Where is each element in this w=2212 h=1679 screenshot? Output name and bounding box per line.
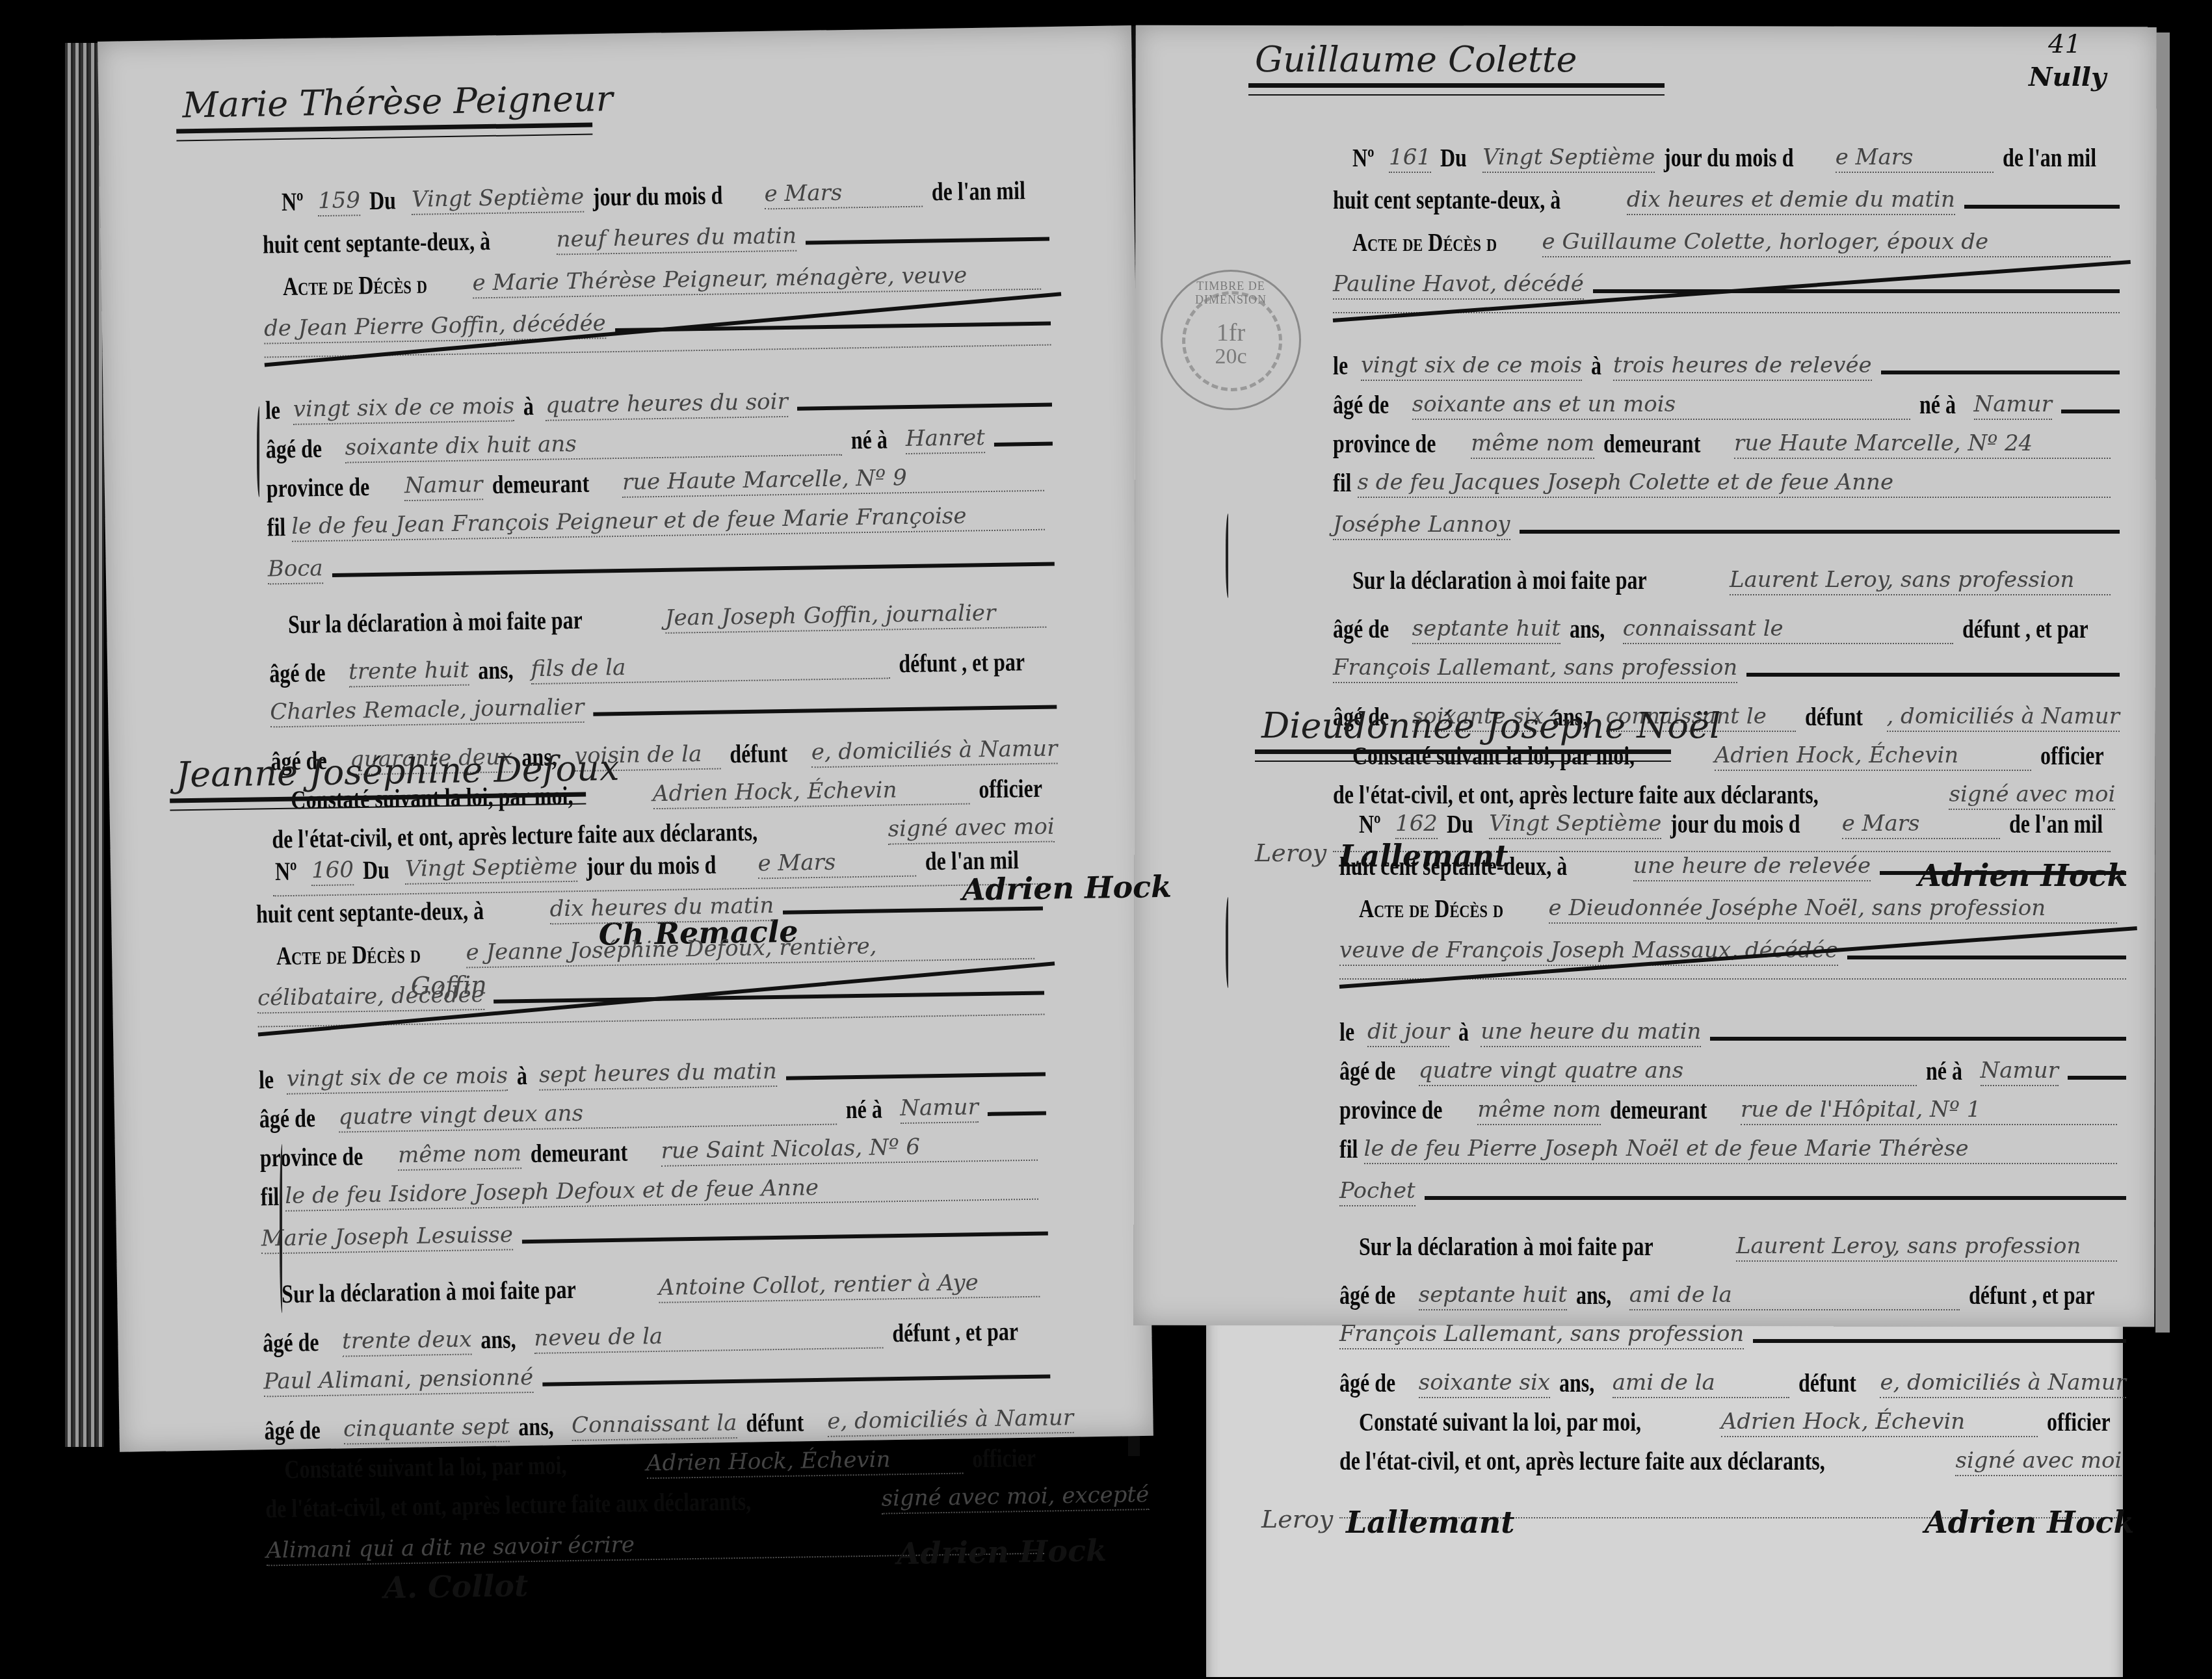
domicile-note: e, domiciliés à Namur bbox=[1880, 1370, 2126, 1398]
line-declarant2-age: âgé de soixante six ans, ami de la défun… bbox=[1339, 1362, 2126, 1398]
folio-number: 41 bbox=[2048, 29, 2081, 59]
record-month: e Mars bbox=[1836, 144, 1994, 173]
declarant1: Jean Joseph Goffin, journalier bbox=[665, 599, 1047, 634]
label-le: le bbox=[265, 395, 281, 425]
tax-stamp: TIMBRE DE DIMENSION 1fr 20c bbox=[1161, 270, 1301, 410]
death-date: dit jour bbox=[1367, 1019, 1449, 1047]
officer: Adrien Hock, Échevin bbox=[1721, 1409, 2038, 1437]
line-parents2: Joséphe Lannoy bbox=[1333, 504, 2120, 540]
filler-rule bbox=[783, 907, 1043, 915]
label-age: âgé de bbox=[1339, 1280, 1395, 1310]
label-fil: fil bbox=[1339, 1134, 1358, 1164]
signature: Leroy bbox=[1255, 839, 1326, 867]
line-declarant2: François Lallemant, sans profession bbox=[1333, 647, 2120, 683]
signature: Leroy bbox=[1261, 1505, 1333, 1533]
signature: Adrien Hock bbox=[897, 1533, 1107, 1571]
domicile-note: , domiciliés à Namur bbox=[1887, 703, 2120, 732]
declarant2: Paul Alimani, pensionné bbox=[263, 1364, 534, 1398]
line-declarant1: Sur la déclaration à moi faite par Laure… bbox=[1359, 1225, 2126, 1262]
filler-rule bbox=[797, 402, 1052, 410]
label-demeurant: demeurant bbox=[492, 468, 589, 500]
record-number: 161 bbox=[1389, 144, 1431, 173]
label-age: âgé de bbox=[1339, 1056, 1395, 1086]
label-huit-cent: huit cent septante-deux, à bbox=[263, 226, 491, 259]
filler-rule bbox=[494, 991, 1044, 1004]
birthplace: Namur bbox=[1981, 1058, 2059, 1086]
filler-rule bbox=[786, 1072, 1046, 1080]
deceased-line2: veuve de François Joseph Massaux, décédé… bbox=[1339, 937, 1838, 966]
label-age: âgé de bbox=[263, 1327, 319, 1358]
label-an: de l'an mil bbox=[925, 844, 1019, 876]
label-declaration: Sur la déclaration à moi faite par bbox=[288, 605, 583, 640]
death-hour: quatre heures du soir bbox=[546, 389, 788, 421]
record-number: 160 bbox=[311, 857, 354, 886]
label-defunt-et-par: défunt , et par bbox=[1962, 614, 2088, 644]
label-a: à bbox=[517, 1060, 528, 1091]
label-ans: ans, bbox=[518, 1411, 554, 1442]
death-date: vingt six de ce mois bbox=[287, 1062, 508, 1094]
label-defunt: défunt bbox=[746, 1407, 804, 1438]
label-defunt: défunt bbox=[1798, 1368, 1856, 1398]
label-ne: né à bbox=[1919, 389, 1956, 420]
signature: A. Collot bbox=[384, 1568, 529, 1605]
deceased-age: soixante ans et un mois bbox=[1412, 391, 1910, 420]
province: même nom bbox=[398, 1140, 522, 1171]
parents-line1: le de feu Pierre Joseph Noël et de feue … bbox=[1364, 1136, 2117, 1164]
line-acte: Acte de Décès d e Dieudonnée Joséphe Noë… bbox=[1359, 887, 2126, 924]
label-an: de l'an mil bbox=[931, 175, 1025, 207]
header-rule bbox=[1255, 749, 1671, 762]
declarant1-age: septante huit bbox=[1419, 1282, 1567, 1310]
stamp-text: TIMBRE DE DIMENSION bbox=[1163, 280, 1299, 307]
parents-line2: Pochet bbox=[1339, 1178, 1415, 1206]
filler-rule bbox=[593, 705, 1057, 716]
line-age: âgé de soixante ans et un mois né à Namu… bbox=[1333, 384, 2120, 420]
death-hour: une heure du matin bbox=[1481, 1019, 1701, 1047]
label-huit-cent: huit cent septante-deux, à bbox=[256, 895, 484, 929]
death-hour: trois heures de relevée bbox=[1613, 352, 1872, 381]
officer: Adrien Hock, Échevin bbox=[653, 776, 970, 810]
margin-name: Dieudonnée Joséphe Noël bbox=[1261, 705, 1720, 746]
line-province: province de même nom demeurant rue de l'… bbox=[1339, 1089, 2126, 1125]
label-jour: jour du mois d bbox=[1670, 809, 1800, 839]
label-an: de l'an mil bbox=[2003, 142, 2096, 173]
label-declaration: Sur la déclaration à moi faite par bbox=[282, 1274, 576, 1309]
label-fil: fil bbox=[260, 1181, 279, 1212]
label-ans: ans, bbox=[1570, 614, 1605, 644]
line-number-date: Nº 162 Du Vingt Septième jour du mois d … bbox=[1359, 803, 2126, 839]
label-du: Du bbox=[363, 854, 390, 885]
declarant1-age: septante huit bbox=[1412, 616, 1560, 644]
declarant2-age: cinquante sept bbox=[343, 1414, 510, 1445]
declarant1: Antoine Collot, rentier à Aye bbox=[659, 1269, 1040, 1303]
margin-bracket-mark bbox=[1226, 897, 1232, 988]
parents-line2: Marie Joseph Lesuisse bbox=[261, 1221, 513, 1254]
label-ne: né à bbox=[845, 1093, 882, 1125]
header-rule bbox=[1248, 83, 1665, 96]
record-hour: neuf heures du matin bbox=[556, 223, 797, 255]
residence: rue de l'Hôpital, Nº 1 bbox=[1741, 1097, 2117, 1125]
label-ne: né à bbox=[851, 424, 888, 455]
label-defunt-et-par: défunt , et par bbox=[899, 646, 1025, 679]
record-month: e Mars bbox=[757, 848, 916, 879]
label-officier: officier bbox=[972, 1442, 1036, 1474]
filler-rule bbox=[1881, 371, 2120, 374]
label-acte: Acte de Décès d bbox=[276, 939, 421, 971]
province: même nom bbox=[1471, 430, 1594, 459]
folio-annotation: Nully bbox=[2029, 62, 2106, 92]
declarant1: Laurent Leroy, sans profession bbox=[1736, 1233, 2117, 1262]
filler-rule bbox=[2068, 1076, 2126, 1080]
filler-rule bbox=[542, 1374, 1050, 1386]
parents-line2: Joséphe Lannoy bbox=[1333, 512, 1510, 540]
label-officier: officier bbox=[2047, 1407, 2111, 1437]
filler-rule bbox=[1520, 530, 2120, 534]
label-no: Nº bbox=[1352, 142, 1375, 173]
declarant1-age: trente huit bbox=[349, 657, 469, 688]
deceased-line2: célibataire, décédée bbox=[257, 982, 484, 1013]
filler-rule bbox=[1753, 1339, 2126, 1343]
declarant2-relation: ami de la bbox=[1613, 1370, 1789, 1398]
death-date: vingt six de ce mois bbox=[293, 393, 515, 424]
label-declaration: Sur la déclaration à moi faite par bbox=[1359, 1231, 1653, 1262]
line-hour: huit cent septante-deux, à dix heures et… bbox=[1333, 179, 2120, 215]
label-age: âgé de bbox=[264, 1414, 321, 1446]
line-declarant1-age: âgé de septante huit ans, ami de la défu… bbox=[1339, 1274, 2126, 1310]
label-demeurant: demeurant bbox=[531, 1137, 628, 1169]
filler-rule bbox=[1425, 1196, 2126, 1200]
line-declarant1: Sur la déclaration à moi faite par Laure… bbox=[1352, 559, 2120, 595]
line-declarant1-age: âgé de septante huit ans, connaissant le… bbox=[1333, 608, 2120, 644]
label-province: province de bbox=[1333, 428, 1436, 459]
residence: rue Haute Marcelle, Nº 24 bbox=[1734, 430, 2111, 459]
deceased-line1: e Dieudonnée Joséphe Noël, sans professi… bbox=[1549, 895, 2117, 924]
label-officier: officier bbox=[2040, 740, 2104, 771]
residence: rue Saint Nicolas, Nº 6 bbox=[661, 1132, 1038, 1167]
declarant2-age: soixante six bbox=[1419, 1370, 1550, 1398]
label-officier: officier bbox=[979, 773, 1042, 805]
signature-clause: signé avec moi, excepté bbox=[881, 1481, 1149, 1514]
label-age: âgé de bbox=[269, 657, 326, 688]
line-acte: Acte de Décès d e Guillaume Colette, hor… bbox=[1352, 221, 2120, 257]
label-jour: jour du mois d bbox=[593, 179, 723, 212]
record-number: 162 bbox=[1395, 811, 1438, 839]
label-no: Nº bbox=[282, 187, 304, 218]
line-number-date: Nº 161 Du Vingt Septième jour du mois d … bbox=[1352, 137, 2120, 173]
death-date: vingt six de ce mois bbox=[1361, 352, 1582, 381]
label-ans: ans, bbox=[478, 655, 514, 686]
domicile-note: e, domiciliés à Namur bbox=[827, 1405, 1073, 1437]
stamp-value-francs: 1fr bbox=[1163, 319, 1299, 347]
birthplace: Namur bbox=[1974, 391, 2052, 420]
margin-name: Guillaume Colette bbox=[1255, 39, 1577, 80]
filler-rule bbox=[1964, 205, 2120, 209]
filler-rule bbox=[1746, 673, 2120, 677]
label-constate: Constaté suivant la loi, par moi, bbox=[284, 1450, 567, 1485]
filler-rule bbox=[806, 237, 1049, 245]
declarant1-relation: connaissant le bbox=[1623, 616, 1953, 644]
record-month: e Mars bbox=[1842, 811, 2000, 839]
label-age: âgé de bbox=[1333, 389, 1389, 420]
filler-rule bbox=[1593, 289, 2120, 293]
label-du: Du bbox=[1440, 142, 1467, 173]
label-ans: ans, bbox=[481, 1323, 516, 1355]
label-acte: Acte de Décès d bbox=[283, 269, 428, 302]
filler-rule bbox=[994, 441, 1053, 446]
line-parents2: Pochet bbox=[1339, 1170, 2126, 1206]
label-a: à bbox=[1591, 350, 1601, 381]
label-huit-cent: huit cent septante-deux, à bbox=[1333, 185, 1560, 215]
margin-name: Marie Thérèse Peigneur bbox=[182, 78, 613, 125]
line-officer: Constaté suivant la loi, par moi, Adrien… bbox=[1359, 1401, 2126, 1437]
label-du: Du bbox=[1447, 809, 1473, 839]
record-hour: une heure de relevée bbox=[1633, 853, 1871, 881]
label-fil: fil bbox=[267, 512, 285, 542]
declarant2: François Lallemant, sans profession bbox=[1333, 655, 1737, 683]
signature: Adrien Hock bbox=[1925, 1505, 2134, 1540]
label-defunt: défunt bbox=[1805, 701, 1863, 732]
label-le: le bbox=[259, 1064, 274, 1095]
label-jour: jour du mois d bbox=[586, 849, 717, 881]
signature-clause: signé avec moi bbox=[1955, 1448, 2122, 1476]
label-ne: né à bbox=[1926, 1056, 1962, 1086]
record-number: 159 bbox=[318, 187, 361, 216]
label-defunt: défunt bbox=[730, 738, 788, 769]
line-province: province de même nom demeurant rue Haute… bbox=[1333, 423, 2120, 459]
line-declarant2: François Lallemant, sans profession bbox=[1339, 1313, 2126, 1349]
line-signature-clause: de l'état-civil, et ont, après lecture f… bbox=[1339, 1440, 2126, 1476]
record-month: e Mars bbox=[764, 179, 923, 210]
record-hour: dix heures et demie du matin bbox=[1627, 187, 1955, 215]
filler-rule bbox=[1880, 871, 2126, 875]
province: même nom bbox=[1477, 1097, 1601, 1125]
declarant1-age: trente deux bbox=[342, 1326, 472, 1357]
label-huit-cent: huit cent septante-deux, à bbox=[1339, 851, 1567, 881]
filler-rule bbox=[1710, 1037, 2126, 1041]
label-province: province de bbox=[266, 471, 369, 503]
label-le: le bbox=[1339, 1017, 1354, 1047]
filler-rule bbox=[988, 1111, 1046, 1115]
label-du: Du bbox=[369, 185, 397, 216]
province: Namur bbox=[404, 471, 483, 501]
margin-bracket-mark bbox=[280, 1144, 286, 1313]
declarant2-relation: Connaissant la bbox=[572, 1410, 737, 1441]
margin-bracket-mark bbox=[1226, 514, 1232, 598]
line-death-date: le dit jour à une heure du matin bbox=[1339, 1011, 2126, 1047]
signature: Lallemant bbox=[1346, 1505, 1515, 1540]
officer: Adrien Hock, Échevin bbox=[646, 1446, 964, 1479]
birthplace: Namur bbox=[900, 1094, 979, 1124]
label-age: âgé de bbox=[1339, 1368, 1395, 1398]
record-day: Vingt Septième bbox=[1482, 144, 1655, 173]
label-age: âgé de bbox=[266, 433, 323, 464]
right-page-edge bbox=[2155, 33, 2170, 1333]
birthplace: Hanret bbox=[906, 424, 986, 454]
record-day: Vingt Septième bbox=[1489, 811, 1661, 839]
line-death-date: le vingt six de ce mois à trois heures d… bbox=[1333, 345, 2120, 381]
record-day: Vingt Septième bbox=[405, 853, 578, 885]
label-age: âgé de bbox=[259, 1102, 316, 1134]
label-declaration: Sur la déclaration à moi faite par bbox=[1352, 565, 1647, 595]
label-ans: ans, bbox=[1559, 1368, 1594, 1398]
declarant1-relation: fils de la bbox=[531, 650, 889, 684]
line-parents: fil le de feu Pierre Joseph Noël et de f… bbox=[1339, 1128, 2126, 1164]
label-demeurant: demeurant bbox=[1603, 428, 1700, 459]
label-etat-civil: de l'état-civil, et ont, après lecture f… bbox=[265, 1486, 751, 1524]
line-age: âgé de quatre vingt quatre ans né à Namu… bbox=[1339, 1050, 2126, 1086]
deceased-age: quatre vingt quatre ans bbox=[1419, 1058, 1917, 1086]
record-hour: dix heures du matin bbox=[549, 892, 774, 924]
declarant1-relation: ami de la bbox=[1629, 1282, 1960, 1310]
label-defunt-et-par: défunt , et par bbox=[1969, 1280, 2095, 1310]
line-parents: fil s de feu Jacques Joseph Colette et d… bbox=[1333, 462, 2120, 498]
label-acte: Acte de Décès d bbox=[1359, 893, 1503, 924]
declarant2: Charles Remacle, journalier bbox=[270, 694, 585, 728]
label-demeurant: demeurant bbox=[1610, 1095, 1707, 1125]
label-a: à bbox=[523, 391, 534, 421]
label-no: Nº bbox=[1359, 809, 1381, 839]
stamp-value-centimes: 20c bbox=[1163, 345, 1299, 369]
label-defunt-et-par: défunt , et par bbox=[892, 1316, 1018, 1348]
label-province: province de bbox=[259, 1141, 363, 1173]
filler-rule bbox=[522, 1231, 1048, 1243]
label-ans: ans, bbox=[1576, 1280, 1611, 1310]
label-le: le bbox=[1333, 350, 1348, 381]
label-jour: jour du mois d bbox=[1664, 142, 1793, 173]
label-constate: Constaté suivant la loi, par moi, bbox=[1359, 1407, 1641, 1437]
parents-line2: Boca bbox=[267, 555, 323, 584]
record-day: Vingt Septième bbox=[412, 184, 585, 215]
death-hour: sept heures du matin bbox=[539, 1058, 777, 1091]
line-hour: huit cent septante-deux, à une heure de … bbox=[1339, 845, 2126, 881]
label-acte: Acte de Décès d bbox=[1352, 227, 1497, 257]
book-page-edges bbox=[65, 43, 104, 1447]
label-province: province de bbox=[1339, 1095, 1443, 1125]
deceased-line1: e Guillaume Colette, horloger, époux de bbox=[1542, 229, 2111, 257]
label-no: Nº bbox=[275, 856, 297, 887]
declarant1: Laurent Leroy, sans profession bbox=[1730, 567, 2111, 595]
declarant2: François Lallemant, sans profession bbox=[1339, 1321, 1744, 1349]
label-etat-civil: de l'état-civil, et ont, après lecture f… bbox=[1339, 1446, 1825, 1476]
parents-line1: s de feu Jacques Joseph Colette et de fe… bbox=[1358, 469, 2111, 498]
label-a: à bbox=[1458, 1017, 1469, 1047]
declarant1-relation: neveu de la bbox=[534, 1320, 883, 1353]
officer: Adrien Hock, Échevin bbox=[1715, 742, 2031, 771]
margin-bracket-mark bbox=[257, 406, 263, 497]
label-fil: fil bbox=[1333, 467, 1351, 498]
domicile-note: e, domiciliés à Namur bbox=[811, 735, 1057, 768]
label-age: âgé de bbox=[1333, 614, 1389, 644]
margin-name: Jeanne Joséphine Defoux bbox=[176, 748, 620, 796]
filler-rule bbox=[1847, 956, 2126, 959]
deceased-line2: Pauline Havot, décédé bbox=[1333, 271, 1584, 300]
label-an: de l'an mil bbox=[2009, 809, 2103, 839]
filler-rule bbox=[2061, 410, 2120, 413]
